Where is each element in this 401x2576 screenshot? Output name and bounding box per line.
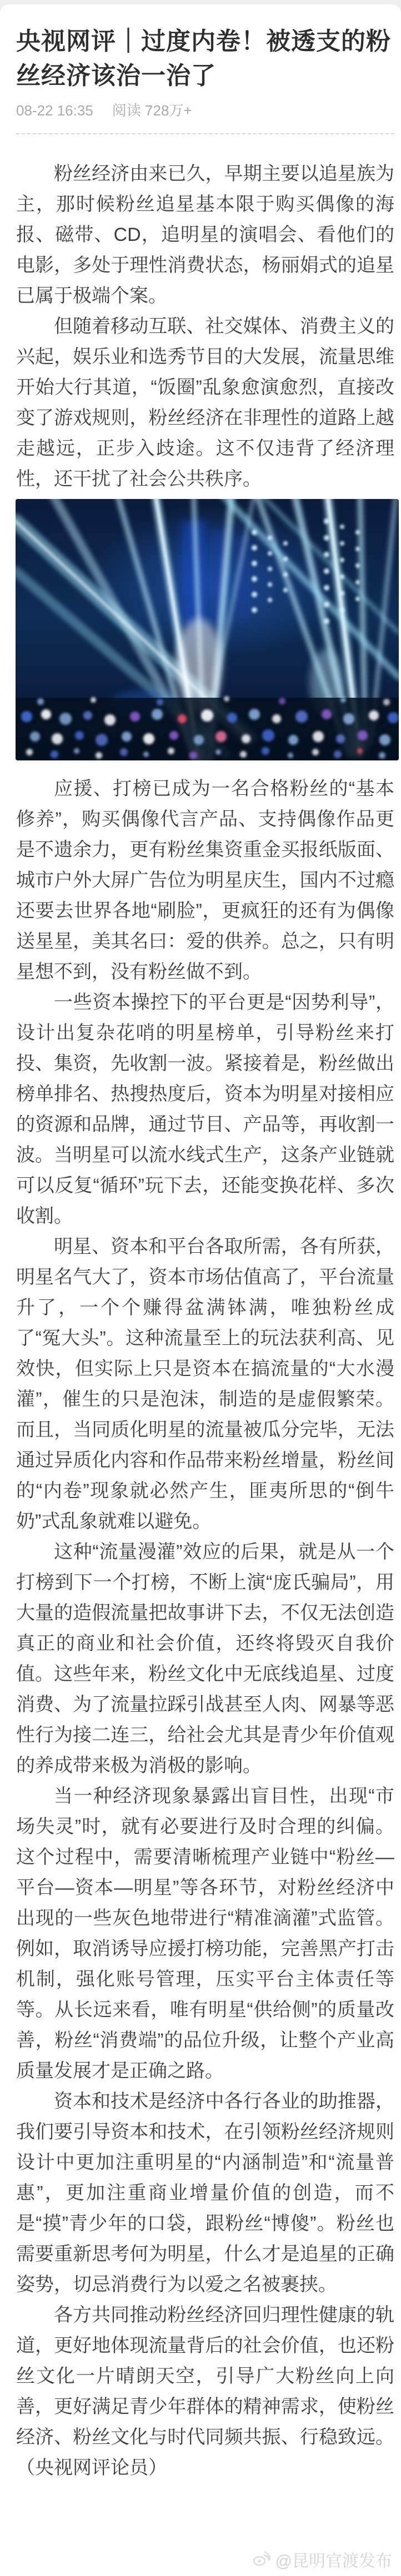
read-count: 728万+ bbox=[145, 102, 192, 119]
article-paragraph: 这种“流量漫灌”效应的后果，就是从一个打榜到下一个打榜，不断上演“庞氏骗局”，用… bbox=[16, 1537, 394, 1781]
article-paragraph: 应援、打榜已成为一名合格粉丝的“基本修养”，购买偶像代言产品、支持偶像作品更是不… bbox=[16, 774, 394, 987]
article-paragraph: 当一种经济现象暴露出盲目性，出现“市场失灵”时，就有必要进行及时合理的纠偏。这个… bbox=[16, 1781, 394, 2086]
article-paragraph: 但随着移动互联、社交媒体、消费主义的兴起，娱乐业和选秀节目的大发展，流量思维开始… bbox=[16, 311, 394, 495]
watermark: @昆明官渡发布 bbox=[252, 2550, 392, 2573]
article-paragraph: 粉丝经济由来已久，早期主要以追星族为主，那时候粉丝追星基本限于购买偶像的海报、磁… bbox=[16, 159, 394, 311]
article-paragraph: 明星、资本和平台各取所需，各有所获，明星名气大了，资本市场估值高了，平台流量升了… bbox=[16, 1232, 394, 1537]
dashed-divider bbox=[16, 133, 394, 134]
concert-stage-lights-photo[interactable] bbox=[16, 499, 399, 760]
weibo-icon bbox=[252, 2550, 271, 2573]
article-paragraph: 资本和技术是经济中各行各业的助推器，我们要引导资本和技术，在引领粉丝经济规则设计… bbox=[16, 2086, 394, 2300]
read-label: 阅读 bbox=[112, 102, 141, 119]
publish-date: 08-22 16:35 bbox=[16, 102, 93, 119]
article-body: 粉丝经济由来已久，早期主要以追星族为主，那时候粉丝追星基本限于购买偶像的海报、磁… bbox=[16, 159, 394, 2483]
watermark-handle: @昆明官渡发布 bbox=[275, 2551, 392, 2572]
article-paragraph: 各方共同推动粉丝经济回归理性健康的轨道，更好地体现流量背后的社会价值，也还粉丝文… bbox=[16, 2300, 394, 2483]
article-paragraph: 一些资本操控下的平台更是“因势利导”，设计出复杂花哨的明星榜单，引导粉丝来打投、… bbox=[16, 987, 394, 1232]
article-card: 央视网评｜过度内卷！被透支的粉丝经济该治一治了 08-22 16:35阅读 72… bbox=[0, 4, 401, 2576]
page-title: 央视网评｜过度内卷！被透支的粉丝经济该治一治了 bbox=[16, 24, 394, 93]
article-meta: 08-22 16:35阅读 728万+ bbox=[16, 101, 394, 120]
